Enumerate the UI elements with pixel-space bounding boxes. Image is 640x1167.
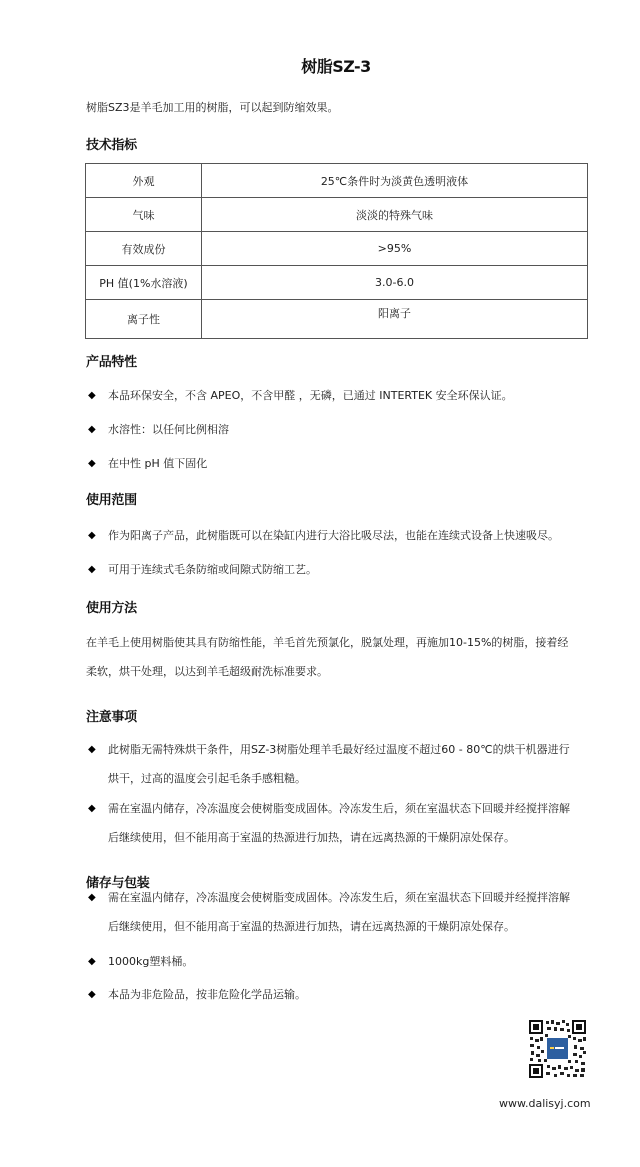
- feature-text: 在中性 pH 值下固化: [108, 456, 207, 472]
- note-text: 此树脂无需特殊烘干条件，用SZ-3树脂处理羊毛最好经过温度不超过60 - 80℃…: [108, 742, 570, 758]
- scope-text: 可用于连续式毛条防缩或间隙式防缩工艺。: [108, 562, 317, 578]
- spec-label: 气味: [86, 198, 202, 232]
- scope-text: 作为阳离子产品，此树脂既可以在染缸内进行大浴比吸尽法，也能在连续式设备上快速吸尽…: [108, 528, 559, 544]
- spec-value: 淡淡的特殊气味: [202, 198, 588, 232]
- note-text-continued: 后继续使用，但不能用高于室温的热源进行加热，请在远离热源的干燥阴凉处保存。: [108, 830, 515, 846]
- bullet-diamond-icon: ◆: [88, 801, 96, 817]
- spec-value: >95%: [202, 232, 588, 266]
- website-url[interactable]: www.dalisyj.com: [499, 1097, 591, 1110]
- bullet-diamond-icon: ◆: [88, 954, 96, 970]
- note-text-continued: 烘干，过高的温度会引起毛条手感粗糙。: [108, 771, 306, 787]
- table-row: PH 值(1%水溶液) 3.0-6.0: [86, 266, 588, 300]
- feature-text: 本品环保安全，不含 APEO，不含甲醛 ，无磷，已通过 INTERTEK 安全环…: [108, 388, 513, 404]
- bullet-diamond-icon: ◆: [88, 528, 96, 544]
- method-text-line: 柔软，烘干处理，以达到羊毛超级耐洗标准要求。: [86, 663, 328, 679]
- note-text: 需在室温内储存，冷冻温度会使树脂变成固体。冷冻发生后，须在室温状态下回暖并经搅拌…: [108, 801, 570, 817]
- spec-label: PH 值(1%水溶液): [86, 266, 202, 300]
- storage-text: 本品为非危险品，按非危险化学品运输。: [108, 987, 306, 1003]
- bullet-diamond-icon: ◆: [88, 742, 96, 758]
- bullet-diamond-icon: ◆: [88, 890, 96, 906]
- spec-value: 阳离子: [202, 300, 588, 339]
- table-row: 气味 淡淡的特殊气味: [86, 198, 588, 232]
- intro-text: 树脂SZ3是羊毛加工用的树脂，可以起到防缩效果。: [86, 99, 339, 115]
- storage-heading: 储存与包装: [86, 872, 150, 891]
- storage-text-continued: 后继续使用，但不能用高于室温的热源进行加热，请在远离热源的干燥阴凉处保存。: [108, 919, 515, 935]
- qr-code-icon: [528, 1019, 587, 1079]
- notes-heading: 注意事项: [86, 706, 137, 725]
- spec-label: 有效成份: [86, 232, 202, 266]
- page-title: 树脂SZ-3: [0, 54, 640, 77]
- storage-text: 需在室温内储存，冷冻温度会使树脂变成固体。冷冻发生后，须在室温状态下回暖并经搅拌…: [108, 890, 570, 906]
- spec-heading: 技术指标: [86, 134, 137, 153]
- table-row: 离子性 阳离子: [86, 300, 588, 339]
- bullet-diamond-icon: ◆: [88, 388, 96, 404]
- spec-label: 外观: [86, 164, 202, 198]
- spec-value: 3.0-6.0: [202, 266, 588, 300]
- spec-label: 离子性: [86, 300, 202, 339]
- document-page: 树脂SZ-3 树脂SZ3是羊毛加工用的树脂，可以起到防缩效果。 技术指标 外观 …: [0, 0, 640, 1167]
- method-heading: 使用方法: [86, 597, 137, 616]
- bullet-diamond-icon: ◆: [88, 422, 96, 438]
- bullet-diamond-icon: ◆: [88, 456, 96, 472]
- scope-heading: 使用范围: [86, 489, 137, 508]
- storage-text: 1000kg塑料桶。: [108, 954, 193, 970]
- spec-value: 25℃条件时为淡黄色透明液体: [202, 164, 588, 198]
- features-heading: 产品特性: [86, 351, 137, 370]
- table-row: 有效成份 >95%: [86, 232, 588, 266]
- feature-text: 水溶性：以任何比例相溶: [108, 422, 229, 438]
- bullet-diamond-icon: ◆: [88, 562, 96, 578]
- table-row: 外观 25℃条件时为淡黄色透明液体: [86, 164, 588, 198]
- bullet-diamond-icon: ◆: [88, 987, 96, 1003]
- spec-table: 外观 25℃条件时为淡黄色透明液体 气味 淡淡的特殊气味 有效成份 >95% P…: [85, 163, 588, 339]
- method-text-line: 在羊毛上使用树脂使其具有防缩性能，羊毛首先预氯化，脱氯处理，再施加10-15%的…: [86, 634, 568, 650]
